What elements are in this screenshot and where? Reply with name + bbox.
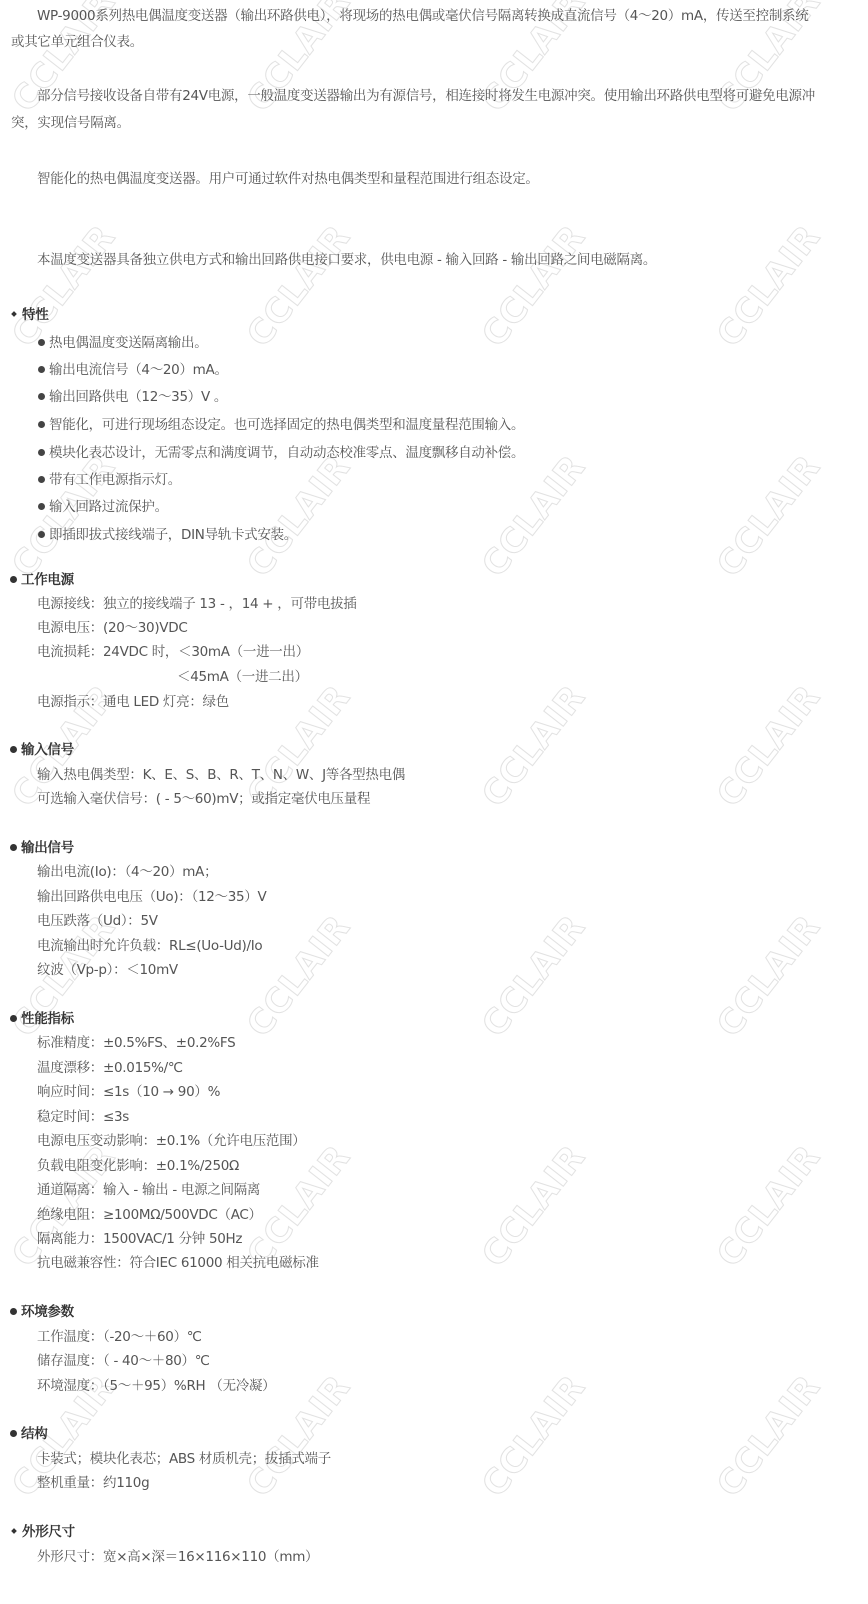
section-heading-output: 输出信号 xyxy=(10,839,74,857)
spec-line: 通道隔离：输入 - 输出 - 电源之间隔离 xyxy=(37,1181,260,1199)
section-heading-input: 输入信号 xyxy=(10,741,74,759)
dot-bullet-icon xyxy=(38,476,45,483)
watermark: CCLAIR xyxy=(242,230,347,352)
feature-item: 智能化，可进行现场组态设定。也可选择固定的热电偶类型和温度量程范围输入。 xyxy=(38,416,524,434)
section-heading-performance: 性能指标 xyxy=(10,1010,74,1028)
feature-item: 热电偶温度变送隔离输出。 xyxy=(38,334,207,352)
feature-item: 输出回路供电（12～35）V 。 xyxy=(38,388,227,406)
section-title: 输入信号 xyxy=(21,742,74,758)
spec-line: 隔离能力：1500VAC/1 分钟 50Hz xyxy=(37,1230,242,1248)
intro-paragraph-1-cont: 或其它单元组合仪表。 xyxy=(11,33,143,51)
feature-item: 输出电流信号（4～20）mA。 xyxy=(38,361,228,379)
section-heading-features: 特性 xyxy=(10,306,48,324)
intro-paragraph-2: 部分信号接收设备自带有24V电源，一般温度变送器输出为有源信号，相连接时将发生电… xyxy=(37,87,815,105)
spec-line: 外形尺寸：宽×高×深＝16×116×110（mm） xyxy=(37,1548,318,1566)
section-title: 特性 xyxy=(22,307,48,323)
spec-line: 整机重量：约110g xyxy=(37,1474,149,1492)
watermark: CCLAIR xyxy=(477,690,582,812)
spec-line: 输入热电偶类型：K、E、S、B、R、T、N、W、J等各型热电偶 xyxy=(37,766,405,784)
spec-line: 电源接线：独立的接线端子 13 - ，14 + ，可带电拔插 xyxy=(37,595,357,613)
diamond-bullet-icon xyxy=(11,311,17,317)
intro-paragraph-4: 本温度变送器具备独立供电方式和输出回路供电接口要求，供电电源 - 输入回路 - … xyxy=(37,251,656,269)
spec-line: 输出回路供电电压（Uo)：（12～35）V xyxy=(37,888,266,906)
watermark: CCLAIR xyxy=(712,1150,817,1272)
spec-line: 响应时间：≤1s（10 → 90）% xyxy=(37,1083,220,1101)
spec-line: 可选输入毫伏信号：( - 5～60)mV；或指定毫伏电压量程 xyxy=(37,790,370,808)
section-heading-dimensions: 外形尺寸 xyxy=(10,1523,75,1541)
spec-line: 电源电压变动影响：±0.1%（允许电压范围） xyxy=(37,1132,306,1150)
spec-line: 抗电磁兼容性：符合IEC 61000 相关抗电磁标准 xyxy=(37,1254,319,1272)
watermark: CCLAIR xyxy=(242,1380,347,1502)
spec-line: 卡装式；模块化表芯；ABS 材质机壳；拔插式端子 xyxy=(37,1450,331,1468)
section-heading-power: 工作电源 xyxy=(10,571,74,589)
spec-line: 温度漂移：±0.015%/℃ xyxy=(37,1059,183,1077)
intro-paragraph-3: 智能化的热电偶温度变送器。用户可通过软件对热电偶类型和量程范围进行组态设定。 xyxy=(37,170,539,188)
watermark: CCLAIR xyxy=(712,230,817,352)
feature-item: 即插即拔式接线端子，DIN导轨卡式安装。 xyxy=(38,526,297,544)
dot-bullet-icon xyxy=(38,339,45,346)
dot-bullet-icon xyxy=(38,393,45,400)
dot-bullet-icon xyxy=(10,576,17,583)
dot-bullet-icon xyxy=(10,1015,17,1022)
watermark: CCLAIR xyxy=(477,1150,582,1272)
watermark: CCLAIR xyxy=(477,460,582,582)
feature-item: 模块化表芯设计，无需零点和满度调节，自动动态校准零点、温度飘移自动补偿。 xyxy=(38,444,524,462)
watermark: CCLAIR xyxy=(477,1380,582,1502)
section-title: 工作电源 xyxy=(21,572,74,588)
spec-line: 负载电阻变化影响：±0.1%/250Ω xyxy=(37,1157,239,1175)
dot-bullet-icon xyxy=(38,421,45,428)
dot-bullet-icon xyxy=(38,531,45,538)
spec-line: 电源指示：通电 LED 灯亮：绿色 xyxy=(37,693,229,711)
section-title: 环境参数 xyxy=(21,1304,74,1320)
spec-line: 标准精度：±0.5%FS、±0.2%FS xyxy=(37,1034,235,1052)
watermark: CCLAIR xyxy=(477,920,582,1042)
watermark: CCLAIR xyxy=(477,230,582,352)
section-title: 输出信号 xyxy=(21,840,74,856)
section-title: 外形尺寸 xyxy=(22,1524,75,1540)
spec-line: 电源电压：(20～30)VDC xyxy=(37,619,187,637)
section-heading-environment: 环境参数 xyxy=(10,1303,74,1321)
dot-bullet-icon xyxy=(38,366,45,373)
spec-line: 电压跌落（Ud）：5V xyxy=(37,912,158,930)
spec-line: 纹波（Vp-p）：＜10mV xyxy=(37,961,178,979)
feature-item: 输入回路过流保护。 xyxy=(38,498,168,516)
spec-line: 储存温度：（ - 40～＋80）℃ xyxy=(37,1352,210,1370)
dot-bullet-icon xyxy=(10,844,17,851)
section-title: 结构 xyxy=(21,1426,47,1442)
section-title: 性能指标 xyxy=(21,1011,74,1027)
watermark: CCLAIR xyxy=(712,690,817,812)
watermark: CCLAIR xyxy=(712,460,817,582)
dot-bullet-icon xyxy=(10,1308,17,1315)
watermark: CCLAIR xyxy=(242,460,347,582)
spec-line: 绝缘电阻：≥100MΩ/500VDC（AC） xyxy=(37,1206,262,1224)
diamond-bullet-icon xyxy=(11,1528,17,1534)
spec-line: 环境湿度：（5～＋95）%RH （无冷凝） xyxy=(37,1377,275,1395)
watermark: CCLAIR xyxy=(712,920,817,1042)
section-heading-structure: 结构 xyxy=(10,1425,47,1443)
spec-line: ＜45mA（一进二出） xyxy=(177,668,308,686)
spec-line: 电流输出时允许负载：RL≤(Uo-Ud)/Io xyxy=(37,937,262,955)
watermark: CCLAIR xyxy=(712,1380,817,1502)
dot-bullet-icon xyxy=(38,503,45,510)
dot-bullet-icon xyxy=(38,449,45,456)
spec-line: 电流损耗：24VDC 时，＜30mA（一进一出） xyxy=(37,643,309,661)
feature-item: 带有工作电源指示灯。 xyxy=(38,471,181,489)
dot-bullet-icon xyxy=(10,1430,17,1437)
dot-bullet-icon xyxy=(10,746,17,753)
intro-paragraph-2-cont: 突，实现信号隔离。 xyxy=(11,114,130,132)
spec-line: 工作温度：（-20～＋60）℃ xyxy=(37,1328,202,1346)
spec-line: 稳定时间：≤3s xyxy=(37,1108,129,1126)
intro-paragraph-1: WP-9000系列热电偶温度变送器（输出环路供电），将现场的热电偶或毫伏信号隔离… xyxy=(37,7,808,25)
spec-line: 输出电流(Io)：（4～20）mA； xyxy=(37,863,217,881)
